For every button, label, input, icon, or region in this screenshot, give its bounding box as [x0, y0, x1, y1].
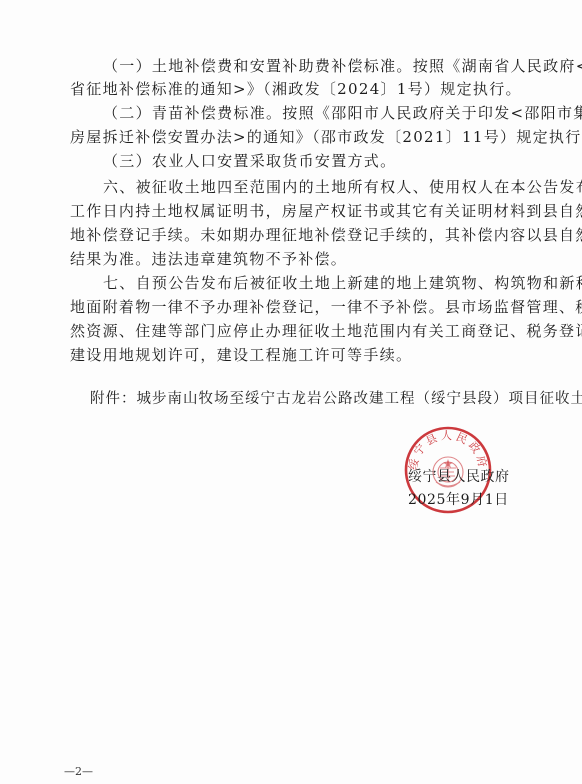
paragraph-line: （一）土地补偿费和安置补助费补偿标准。按照《湖南省人民政府<关于调整湖南: [103, 55, 532, 77]
paragraph-line: 然资源、住建等部门应停止办理征收土地范围内有关工商登记、税务登记、户口迁入、: [70, 320, 532, 342]
paragraph-line: （二）青苗补偿费标准。按照《邵阳市人民政府关于印发<邵阳市集体土地征收及: [103, 102, 532, 124]
paragraph-line: 房屋拆迁补偿安置办法>的通知》（邵市政发〔2021〕11号）规定执行。: [70, 126, 532, 148]
issuing-organization: 绥宁县人民政府: [408, 467, 510, 487]
attachment-note: 附件：城步南山牧场至绥宁古龙岩公路改建工程（绥宁县段）项目征收土地红线图: [90, 388, 542, 410]
paragraph-line: 结果为准。违法违章建筑物不予补偿。: [70, 248, 532, 270]
paragraph-line: 地补偿登记手续。未如期办理征地补偿登记手续的，其补偿内容以县自然资源局的调查: [70, 224, 532, 246]
paragraph-line: 六、被征收土地四至范围内的土地所有权人、使用权人在本公告发布之日起10个: [103, 176, 532, 198]
paragraph-line: 省征地补偿标准的通知>》（湘政发〔2024〕1号）规定执行。: [70, 78, 532, 100]
paragraph-line: 工作日内持土地权属证明书，房屋产权证书或其它有关证明材料到县自然资源局办理征: [70, 200, 532, 222]
paragraph-line: （三）农业人口安置采取货币安置方式。: [103, 150, 532, 172]
paragraph-line: 建设用地规划许可，建设工程施工许可等手续。: [70, 344, 532, 366]
paragraph-line: 七、自预公告发布后被征收土地上新建的地上建筑物、构筑物和新种植的农作物等: [103, 272, 532, 294]
issue-date: 2025年9月1日: [408, 490, 509, 510]
page-number: —2—: [64, 764, 93, 780]
document-page: （一）土地补偿费和安置补助费补偿标准。按照《湖南省人民政府<关于调整湖南 省征地…: [0, 0, 582, 784]
paragraph-line: 地面附着物一律不予办理补偿登记，一律不予补偿。县市场监督管理、税务、公安、自: [70, 296, 532, 318]
